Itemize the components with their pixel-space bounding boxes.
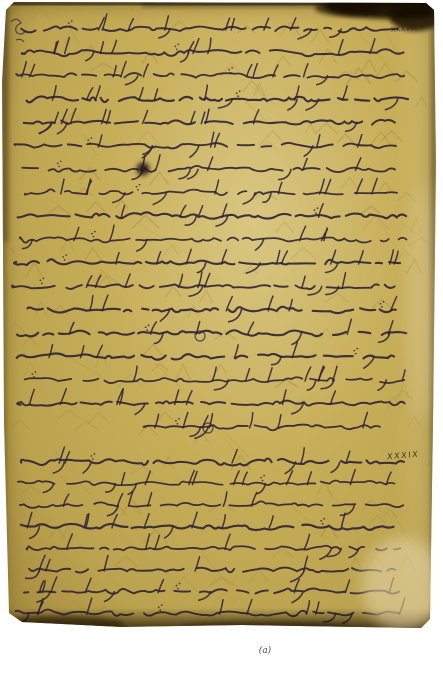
figure-caption: (a) — [259, 646, 271, 656]
figure-page: XXXVIII XXXIX (a) — [0, 0, 443, 674]
manuscript-photo: XXXVIII XXXIX — [2, 2, 436, 629]
manuscript-script-art — [2, 2, 436, 629]
